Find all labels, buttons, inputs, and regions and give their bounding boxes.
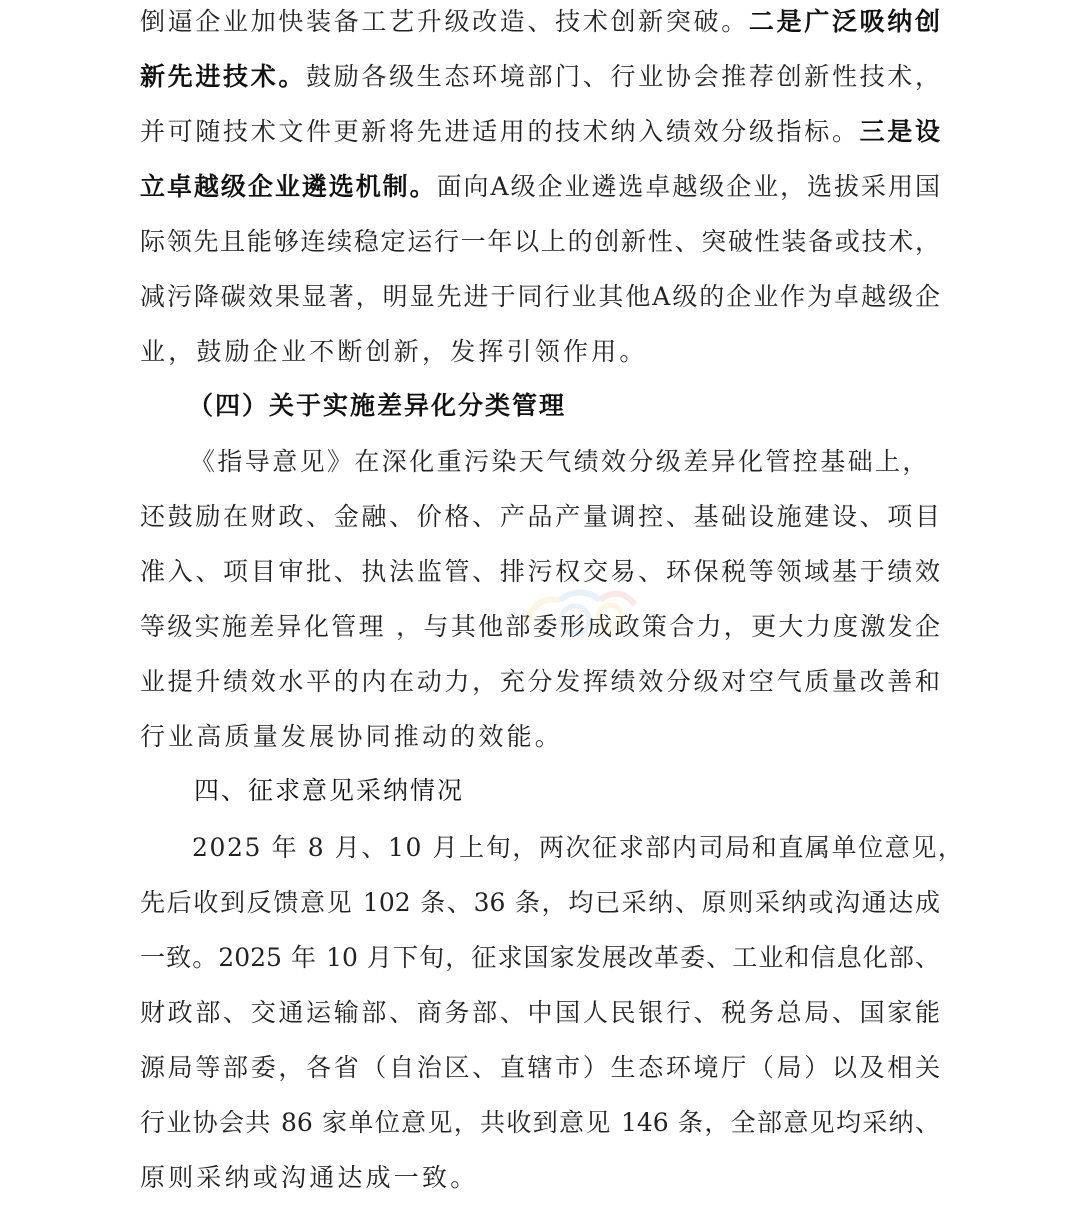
paragraph-line: 并可随技术文件更新将先进适用的技术纳入绩效分级指标。三是设	[140, 112, 940, 152]
paragraph-line: 行业高质量发展协同推动的效能。	[140, 717, 563, 757]
paragraph-line: 原则采纳或沟通达成一致。	[140, 1158, 478, 1198]
paragraph-line: 源局等部委，各省（自治区、直辖市）生态环境厅（局）以及相关	[140, 1048, 940, 1088]
bold-text-segment: 二是广泛吸纳创	[749, 7, 940, 36]
paragraph-line: 先后收到反馈意见 102 条、36 条，均已采纳、原则采纳或沟通达成	[140, 883, 940, 923]
bold-text-segment: 立卓越级企业遴选机制。	[140, 172, 437, 201]
paragraph-line: 等级实施差异化管理 ，与其他部委形成政策合力，更大力度激发企	[140, 607, 940, 647]
paragraph-line: 业，鼓励企业不断创新，发挥引领作用。	[140, 332, 648, 372]
text-segment: 业，鼓励企业不断创新，发挥引领作用。	[140, 337, 648, 366]
section-heading: 四、征求意见采纳情况	[194, 771, 464, 811]
text-segment: 面向A级企业遴选卓越级企业，选拔采用国	[437, 172, 940, 201]
subsection-heading: （四）关于实施差异化分类管理	[188, 386, 566, 426]
bold-text-segment: 三是设	[860, 117, 940, 146]
bold-text-segment: 新先进技术。	[140, 62, 306, 91]
text-segment: 鼓励各级生态环境部门、行业协会推荐创新性技术，	[306, 62, 940, 91]
text-segment: 际领先且能够连续稳定运行一年以上的创新性、突破性装备或技术，	[140, 227, 940, 256]
paragraph-line: 际领先且能够连续稳定运行一年以上的创新性、突破性装备或技术，	[140, 222, 940, 262]
paragraph-line: 业提升绩效水平的内在动力，充分发挥绩效分级对空气质量改善和	[140, 662, 940, 702]
paragraph-line: 行业协会共 86 家单位意见，共收到意见 146 条，全部意见均采纳、	[140, 1103, 940, 1143]
paragraph-line: 《指导意见》在深化重污染天气绩效分级差异化管控基础上，	[190, 442, 940, 482]
text-segment: 并可随技术文件更新将先进适用的技术纳入绩效分级指标。	[140, 117, 860, 146]
paragraph-line: 立卓越级企业遴选机制。面向A级企业遴选卓越级企业，选拔采用国	[140, 167, 940, 207]
paragraph-line: 还鼓励在财政、金融、价格、产品产量调控、基础设施建设、项目	[140, 497, 940, 537]
text-segment: 倒逼企业加快装备工艺升级改造、技术创新突破。	[140, 7, 749, 36]
text-segment: 减污降碳效果显著，明显先进于同行业其他A级的企业作为卓越级企	[140, 282, 940, 311]
paragraph-line: 准入、项目审批、执法监管、排污权交易、环保税等领域基于绩效	[140, 552, 940, 592]
paragraph-line: 倒逼企业加快装备工艺升级改造、技术创新突破。二是广泛吸纳创	[140, 2, 940, 42]
paragraph-line: 减污降碳效果显著，明显先进于同行业其他A级的企业作为卓越级企	[140, 277, 940, 317]
paragraph-line: 新先进技术。鼓励各级生态环境部门、行业协会推荐创新性技术，	[140, 57, 940, 97]
paragraph-line: 财政部、交通运输部、商务部、中国人民银行、税务总局、国家能	[140, 993, 940, 1033]
paragraph-line: 一致。2025 年 10 月下旬，征求国家发展改革委、工业和信息化部、	[140, 938, 940, 978]
paragraph-line: 2025 年 8 月、10 月上旬，两次征求部内司局和直属单位意见，	[192, 828, 940, 868]
